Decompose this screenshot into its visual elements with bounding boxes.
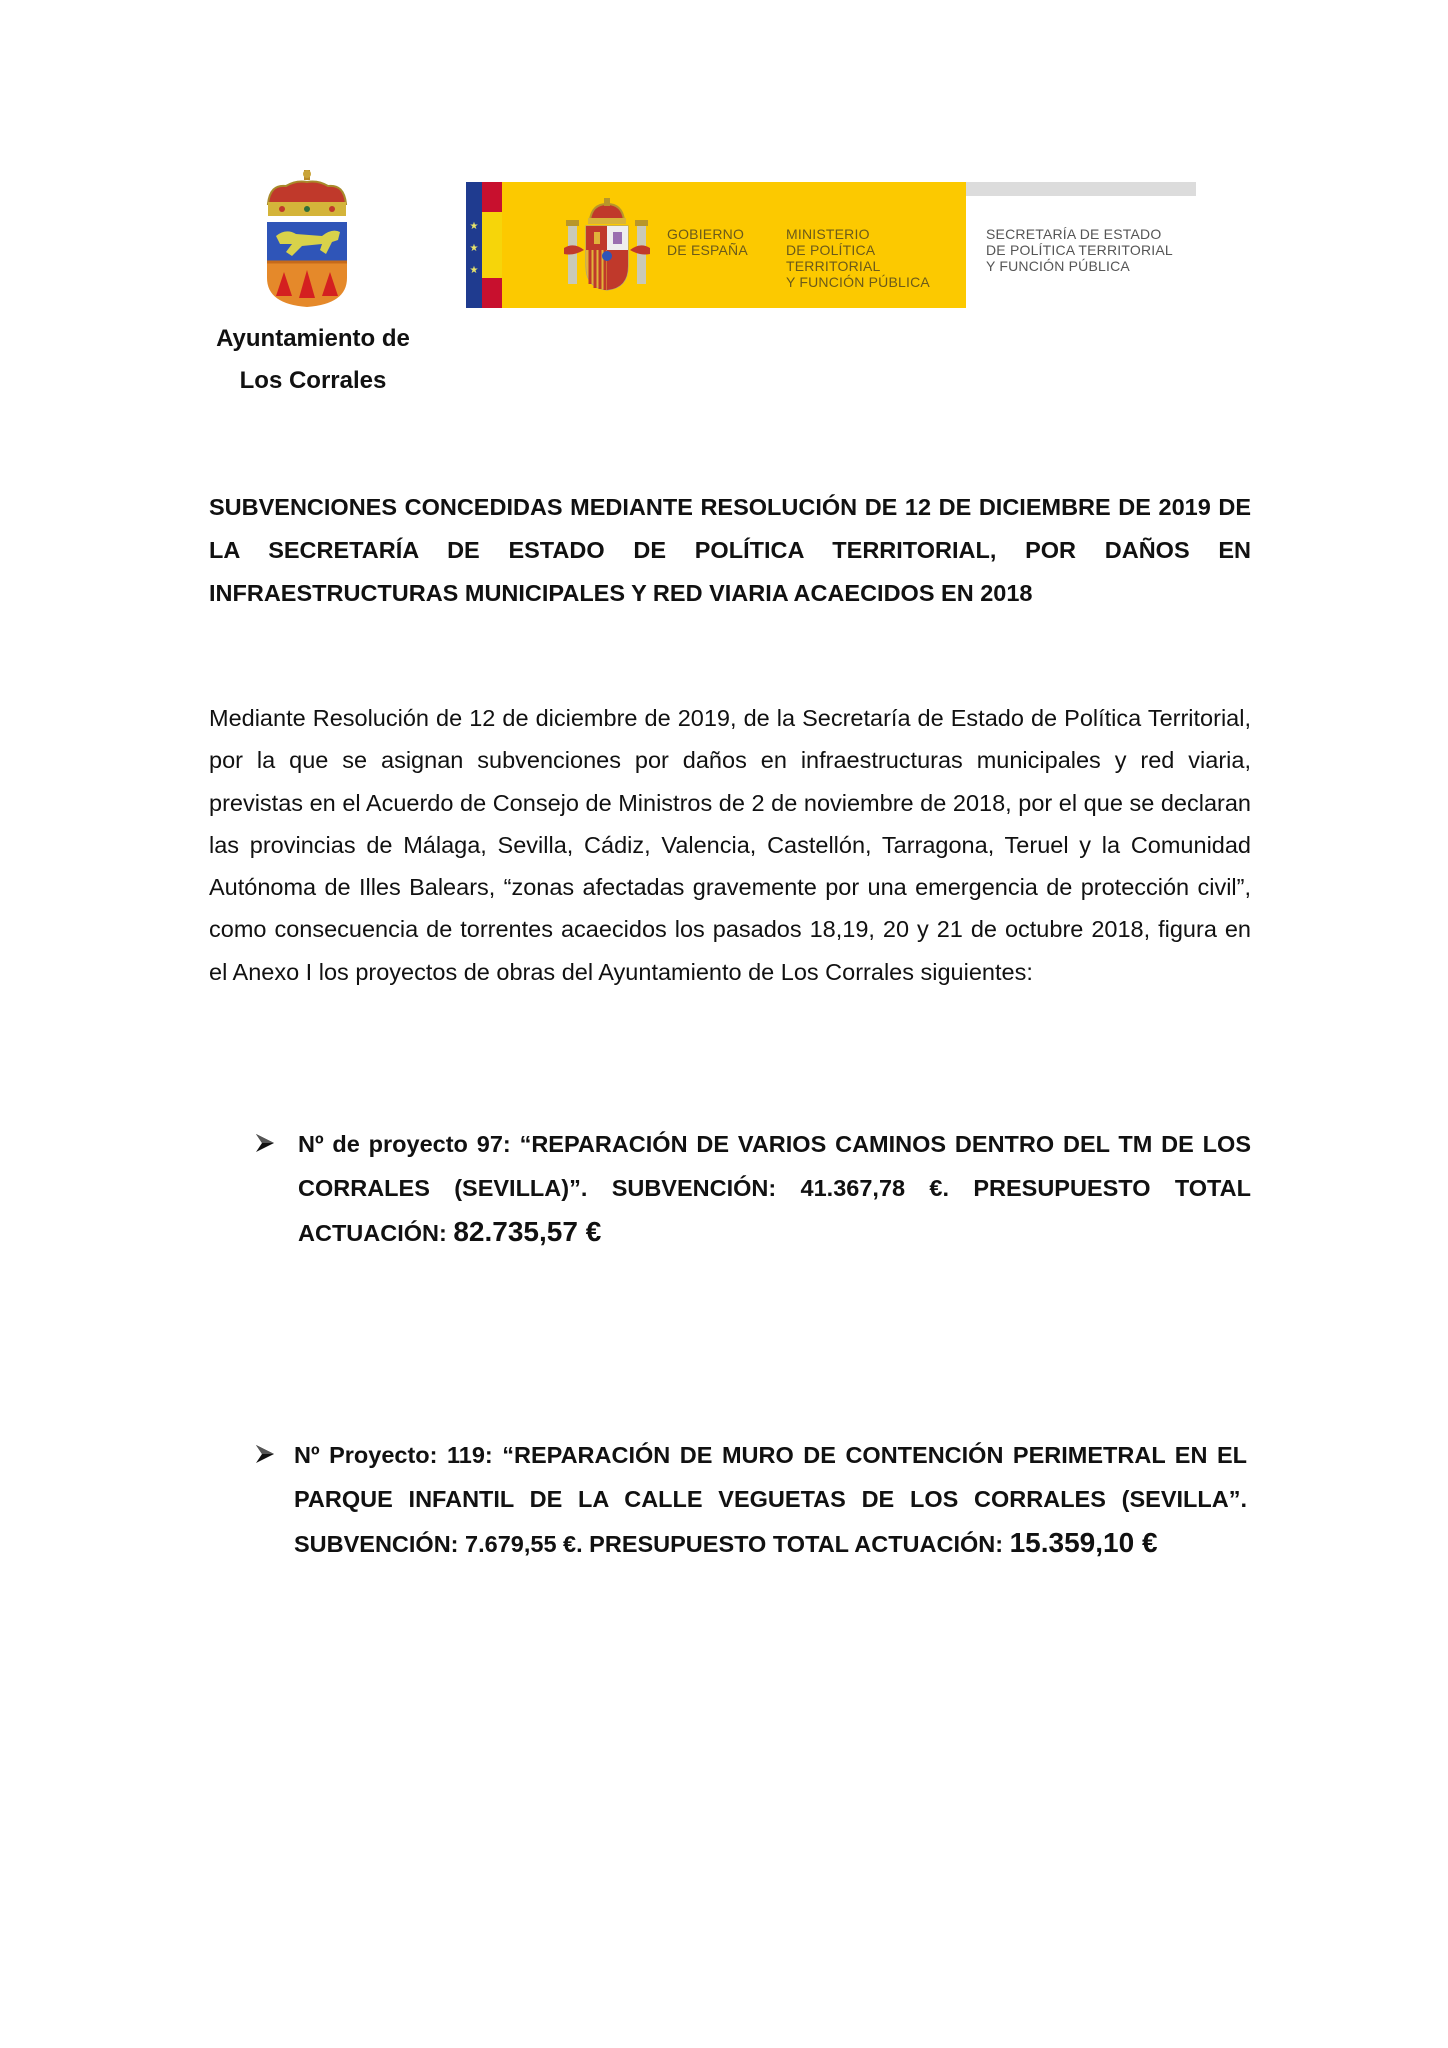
- project-total: 82.735,57 €: [453, 1216, 601, 1247]
- secretaria-panel: SECRETARÍA DE ESTADO DE POLÍTICA TERRITO…: [966, 182, 1196, 308]
- eu-star-icon: ★: [469, 266, 479, 276]
- project-total: 15.359,10 €: [1010, 1527, 1158, 1558]
- eu-spain-flag-strip: ★ ★ ★: [466, 182, 502, 308]
- project-description: Nº de proyecto 97: “REPARACIÓN DE VARIOS…: [298, 1122, 1251, 1255]
- eu-star-icon: ★: [469, 244, 479, 254]
- arrowhead-bullet-icon: [254, 1122, 276, 1164]
- secretaria-text: SECRETARÍA DE ESTADO DE POLÍTICA TERRITO…: [986, 226, 1173, 274]
- gobierno-de-espana-text: GOBIERNO DE ESPAÑA: [667, 226, 748, 258]
- project-text: Nº de proyecto 97: “REPARACIÓN DE VARIOS…: [298, 1131, 1251, 1246]
- government-yellow-panel: GOBIERNO DE ESPAÑA MINISTERIO DE POLÍTIC…: [502, 182, 966, 308]
- eu-star-icon: ★: [469, 222, 479, 232]
- municipality-line-1: Ayuntamiento de: [208, 318, 418, 360]
- project-description: Nº Proyecto: 119: “REPARACIÓN DE MURO DE…: [294, 1433, 1247, 1566]
- ministerio-text: MINISTERIO DE POLÍTICA TERRITORIAL Y FUN…: [786, 226, 966, 290]
- document-title: SUBVENCIONES CONCEDIDAS MEDIANTE RESOLUC…: [209, 486, 1251, 615]
- municipal-crest-icon: [262, 170, 352, 308]
- body-paragraph: Mediante Resolución de 12 de diciembre d…: [209, 697, 1251, 993]
- government-banner-logo: ★ ★ ★: [466, 182, 1196, 308]
- banner-grey-bar: [966, 182, 1196, 196]
- arrowhead-bullet-icon: [254, 1433, 276, 1475]
- municipality-line-2: Los Corrales: [208, 360, 418, 402]
- spain-coat-of-arms-icon: [564, 198, 650, 292]
- municipality-name: Ayuntamiento de Los Corrales: [208, 318, 418, 402]
